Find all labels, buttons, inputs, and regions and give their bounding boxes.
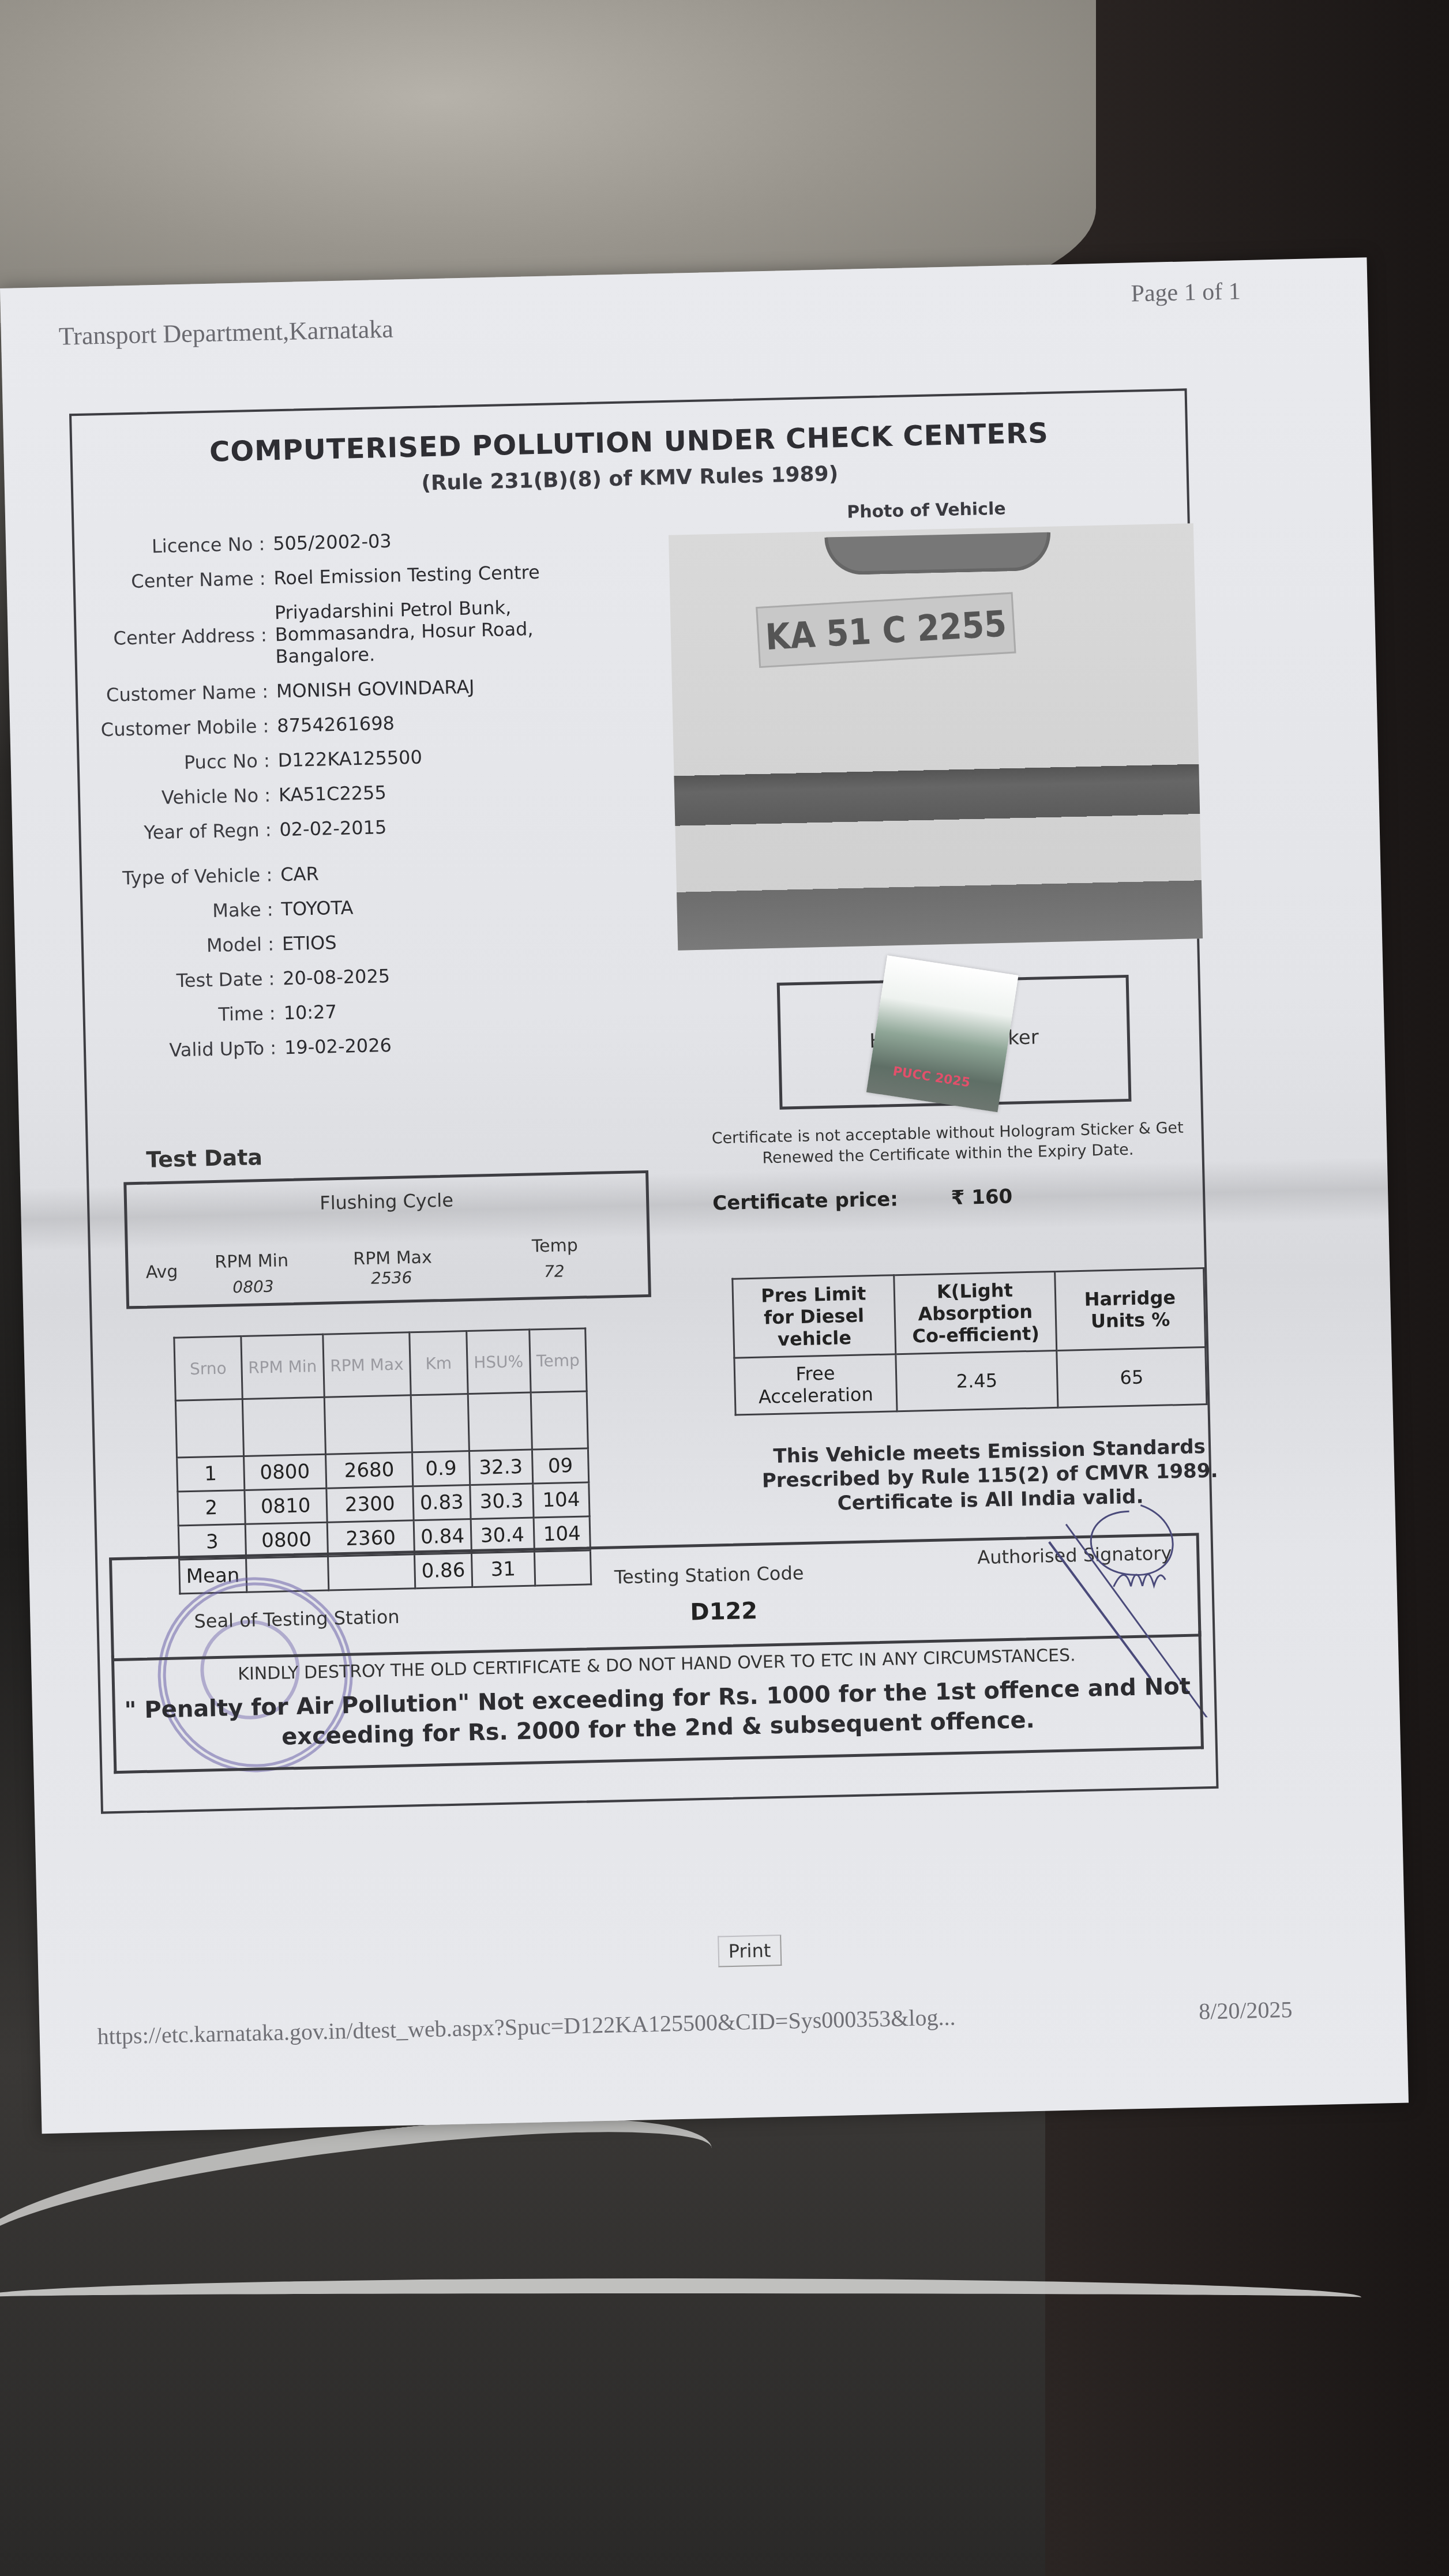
table-cell: 0.9	[412, 1451, 470, 1486]
detail-time: Time :10:27	[102, 993, 680, 1028]
column-header: RPM Min	[241, 1334, 324, 1399]
detail-vehicle-type: Type of Vehicle :CAR	[99, 855, 677, 890]
table-cell: 65	[1057, 1347, 1207, 1408]
penalty-warning: " Penalty for Air Pollution" Not exceedi…	[115, 1671, 1200, 1756]
certificate-price: Certificate price: ₹ 160	[712, 1185, 1013, 1215]
detail-label: Customer Mobile :	[96, 715, 277, 741]
detail-label: Year of Regn :	[98, 818, 280, 844]
footer-url: https://etc.karnataka.gov.in/dtest_web.a…	[97, 2003, 956, 2050]
detail-value: 8754261698	[277, 712, 395, 737]
detail-label: Pucc No :	[96, 749, 278, 775]
hologram-sticker-text: PUCC 2025	[892, 1064, 971, 1090]
table-cell: 2300	[326, 1486, 414, 1522]
page-indicator: Page 1 of 1	[1131, 277, 1241, 307]
detail-value: 10:27	[283, 1001, 337, 1024]
detail-value: Priyadarshini Petrol Bunk, Bommasandra, …	[274, 595, 552, 667]
detail-center-name: Center Name :Roel Emission Testing Centr…	[92, 558, 670, 594]
flushing-header: RPM Max	[353, 1247, 432, 1269]
detail-customer-mobile: Customer Mobile :8754261698	[96, 706, 673, 741]
table-cell: 0810	[245, 1488, 327, 1524]
detail-value: D122KA125500	[277, 746, 422, 772]
table-cell: 2.45	[896, 1350, 1058, 1411]
certificate-frame: COMPUTERISED POLLUTION UNDER CHECK CENTE…	[69, 388, 1219, 1813]
detail-label: Valid UpTo :	[103, 1037, 285, 1062]
detail-label: Vehicle No :	[97, 784, 279, 810]
table-cell: 32.3	[469, 1450, 532, 1485]
detail-year-of-regn: Year of Regn :02-02-2015	[98, 810, 675, 845]
footer-date: 8/20/2025	[1199, 1996, 1293, 2025]
table-cell: 2	[178, 1490, 245, 1526]
flushing-cycle-box: Flushing Cycle Avg RPM Min RPM Max Temp …	[123, 1170, 651, 1309]
flushing-header: RPM Min	[215, 1251, 288, 1272]
vehicle-details: Licence No :505/2002-03 Center Name :Roe…	[92, 524, 681, 1075]
detail-licence-no: Licence No :505/2002-03	[92, 524, 669, 559]
table-cell	[324, 1395, 412, 1454]
table-cell: 2680	[325, 1452, 413, 1488]
price-label: Certificate price:	[712, 1188, 899, 1215]
table-cell	[242, 1397, 325, 1456]
hologram-box: Hologram Sticker PUCC 2025	[777, 975, 1132, 1110]
detail-center-address: Center Address :Priyadarshini Petrol Bun…	[93, 593, 671, 672]
detail-value: Roel Emission Testing Centre	[273, 561, 540, 589]
print-button[interactable]: Print	[718, 1935, 782, 1967]
table-cell	[175, 1399, 243, 1458]
hologram-notice: Certificate is not acceptable without Ho…	[688, 1117, 1207, 1170]
station-code-label: Testing Station Code	[614, 1562, 804, 1588]
column-header: K(Light Absorption Co-efficient)	[894, 1271, 1057, 1354]
detail-label: Center Address :	[93, 624, 275, 649]
hologram-sticker: PUCC 2025	[866, 955, 1019, 1112]
detail-value: 19-02-2026	[284, 1034, 392, 1058]
detail-label: Licence No :	[92, 532, 273, 558]
table-row	[175, 1391, 588, 1458]
column-header: Temp	[529, 1328, 587, 1392]
column-header: Km	[410, 1331, 468, 1395]
column-header: Pres Limit for Diesel vehicle	[733, 1275, 896, 1358]
seal-label: Seal of Testing Station	[194, 1606, 400, 1632]
detail-model: Model :ETIOS	[101, 924, 678, 959]
license-plate: KA 51 C 2255	[756, 592, 1016, 668]
detail-make: Make :TOYOTA	[100, 889, 677, 925]
column-header: RPM Max	[323, 1332, 411, 1397]
detail-customer-name: Customer Name :MONISH GOVINDARAJ	[95, 671, 673, 707]
detail-label: Center Name :	[92, 567, 274, 593]
department-header: Transport Department,Karnataka	[58, 314, 393, 351]
flushing-header: Temp	[532, 1236, 579, 1257]
car-grille-icon	[824, 532, 1051, 576]
test-data-title: Test Data	[146, 1144, 263, 1173]
detail-vehicle-no: Vehicle No :KA51C2255	[97, 775, 675, 810]
detail-value: CAR	[280, 863, 319, 885]
flushing-value: 0803	[232, 1277, 274, 1297]
detail-value: TOYOTA	[281, 896, 354, 920]
detail-label: Time :	[102, 1002, 284, 1028]
diesel-limits-table: Pres Limit for Diesel vehicleK(Light Abs…	[731, 1267, 1207, 1416]
table-cell: 104	[532, 1482, 590, 1518]
detail-value: 505/2002-03	[273, 530, 392, 555]
detail-label: Test Date :	[102, 967, 283, 993]
detail-test-date: Test Date :20-08-2025	[102, 959, 679, 994]
table-cell	[411, 1394, 469, 1452]
photo-caption: Photo of Vehicle	[847, 499, 1006, 523]
column-header: HSU%	[466, 1330, 530, 1394]
detail-value: KA51C2255	[279, 782, 387, 806]
table-cell: 30.3	[470, 1484, 534, 1519]
certificate-paper: Transport Department,Karnataka Page 1 of…	[0, 257, 1409, 2134]
flushing-value: 2536	[371, 1268, 412, 1288]
price-amount: ₹ 160	[951, 1185, 1012, 1210]
detail-value: ETIOS	[281, 932, 337, 955]
detail-valid-upto: Valid UpTo :19-02-2026	[103, 1028, 681, 1063]
detail-value: 02-02-2015	[279, 816, 387, 840]
table-cell	[531, 1391, 588, 1450]
detail-label: Type of Vehicle :	[99, 863, 281, 889]
detail-pucc-no: Pucc No :D122KA125500	[96, 741, 674, 776]
vehicle-photo: KA 51 C 2255	[669, 523, 1203, 950]
table-cell: Free Acceleration	[734, 1354, 897, 1415]
table-cell	[468, 1392, 532, 1451]
column-header: Srno	[174, 1336, 242, 1400]
background-cable	[0, 2278, 1361, 2316]
detail-label: Model :	[101, 933, 283, 959]
flushing-avg-label: Avg	[145, 1261, 178, 1282]
table-cell: 1	[177, 1456, 245, 1492]
table-cell: 0800	[243, 1454, 326, 1490]
detail-label: Make :	[100, 898, 281, 924]
station-code: D122	[690, 1598, 758, 1626]
detail-value: 20-08-2025	[283, 965, 391, 989]
warning-band: KINDLY DESTROY THE OLD CERTIFICATE & DO …	[111, 1631, 1204, 1774]
detail-value: MONISH GOVINDARAJ	[276, 676, 475, 703]
column-header: Harridge Units %	[1055, 1268, 1206, 1351]
table-cell: 09	[532, 1448, 589, 1484]
flushing-title: Flushing Cycle	[127, 1185, 647, 1218]
flushing-value: 72	[544, 1261, 565, 1281]
detail-label: Customer Name :	[95, 680, 277, 706]
table-cell: 0.83	[413, 1485, 471, 1520]
